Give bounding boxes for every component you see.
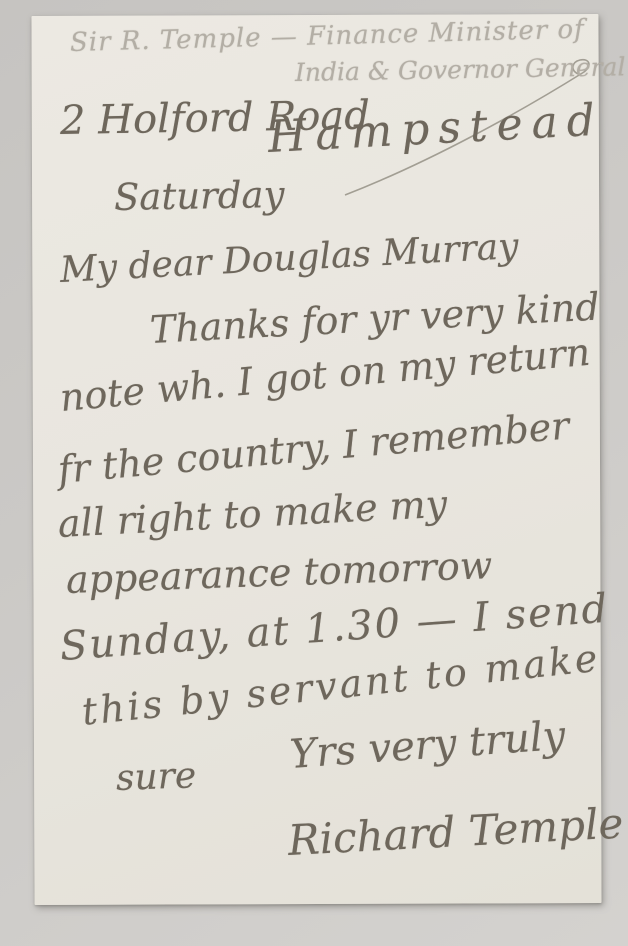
body-line-8: sure [115, 755, 197, 799]
pencil-annotation-line-2: India & Governor General [295, 52, 626, 87]
date-line: Saturday [114, 173, 285, 219]
photograph-background: Sir R. Temple — Finance Minister of Indi… [0, 0, 628, 946]
